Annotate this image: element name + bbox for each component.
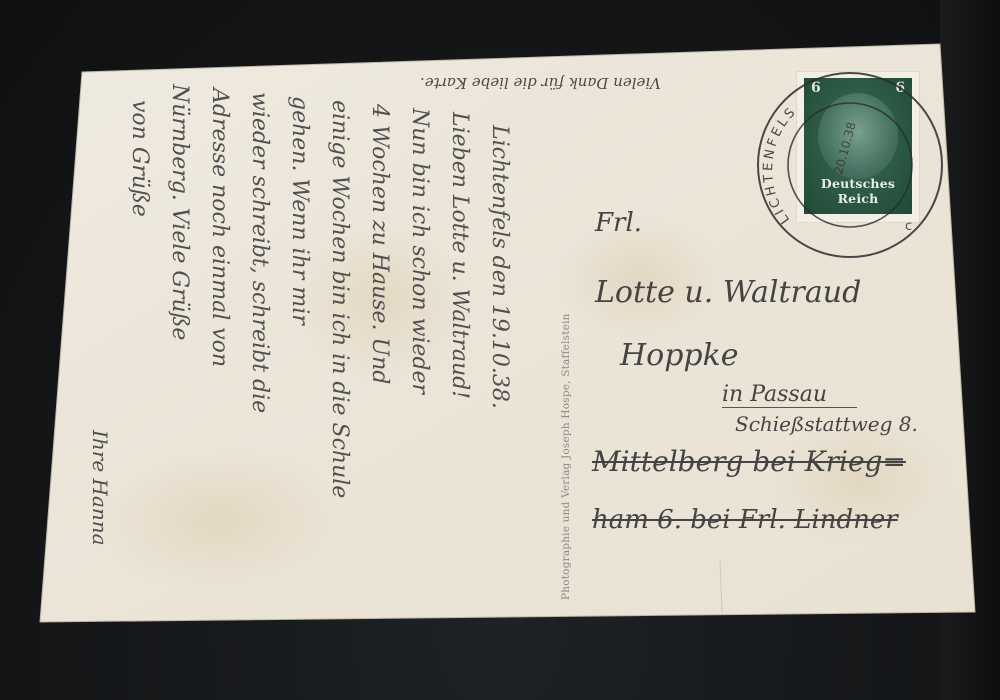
message-line-1: Nun bin ich schon wieder: [407, 108, 432, 394]
address-surname: Hoppke: [620, 338, 739, 373]
address-city: in Passau: [722, 382, 857, 408]
message-line-3: einige Wochen bin ich in die Schule: [327, 100, 352, 498]
address-struck-line-2: ham 6. bei Frl. Lindner: [592, 505, 898, 535]
address-street: Schießstattweg 8.: [735, 412, 918, 436]
message-salutation: Lieben Lotte u. Waltraud!: [447, 112, 472, 399]
message-line-7: Nürnberg. Viele Grüße: [167, 84, 192, 340]
stamp-value-right: 6: [895, 80, 905, 96]
message-line-2: 4 Wochen zu Hause. Und: [367, 104, 392, 384]
stamp-face: 6 6 Deutsches Reich: [804, 78, 912, 214]
publisher-imprint: Photographie und Verlag Joseph Hospe, St…: [560, 313, 572, 600]
portrait-icon: [818, 93, 898, 179]
message-line-5: wieder schreibt, schreibt die: [247, 92, 272, 413]
message-place-date: Lichtenfels den 19.10.38.: [487, 125, 512, 409]
address-title: Frl.: [595, 208, 642, 238]
message-top-edge: Vielen Dank für die liebe Karte.: [420, 74, 661, 92]
address-struck-line-1: Mittelberg bei Krieg=: [592, 445, 906, 478]
message-line-4: gehen. Wenn ihr mir: [287, 96, 312, 325]
stamp-value-left: 6: [811, 80, 821, 96]
postcard: 6 6 Deutsches Reich LICHTENFELS c 20.10.…: [0, 0, 1000, 700]
postage-stamp: 6 6 Deutsches Reich: [797, 72, 919, 222]
address-name: Lotte u. Waltraud: [595, 275, 861, 310]
message-line-6: Adresse noch einmal von: [207, 88, 232, 367]
message-line-8: von Grüße: [127, 100, 152, 217]
stamp-caption: Deutsches Reich: [804, 176, 912, 206]
message-signature: Ihre Hanna: [88, 430, 112, 546]
